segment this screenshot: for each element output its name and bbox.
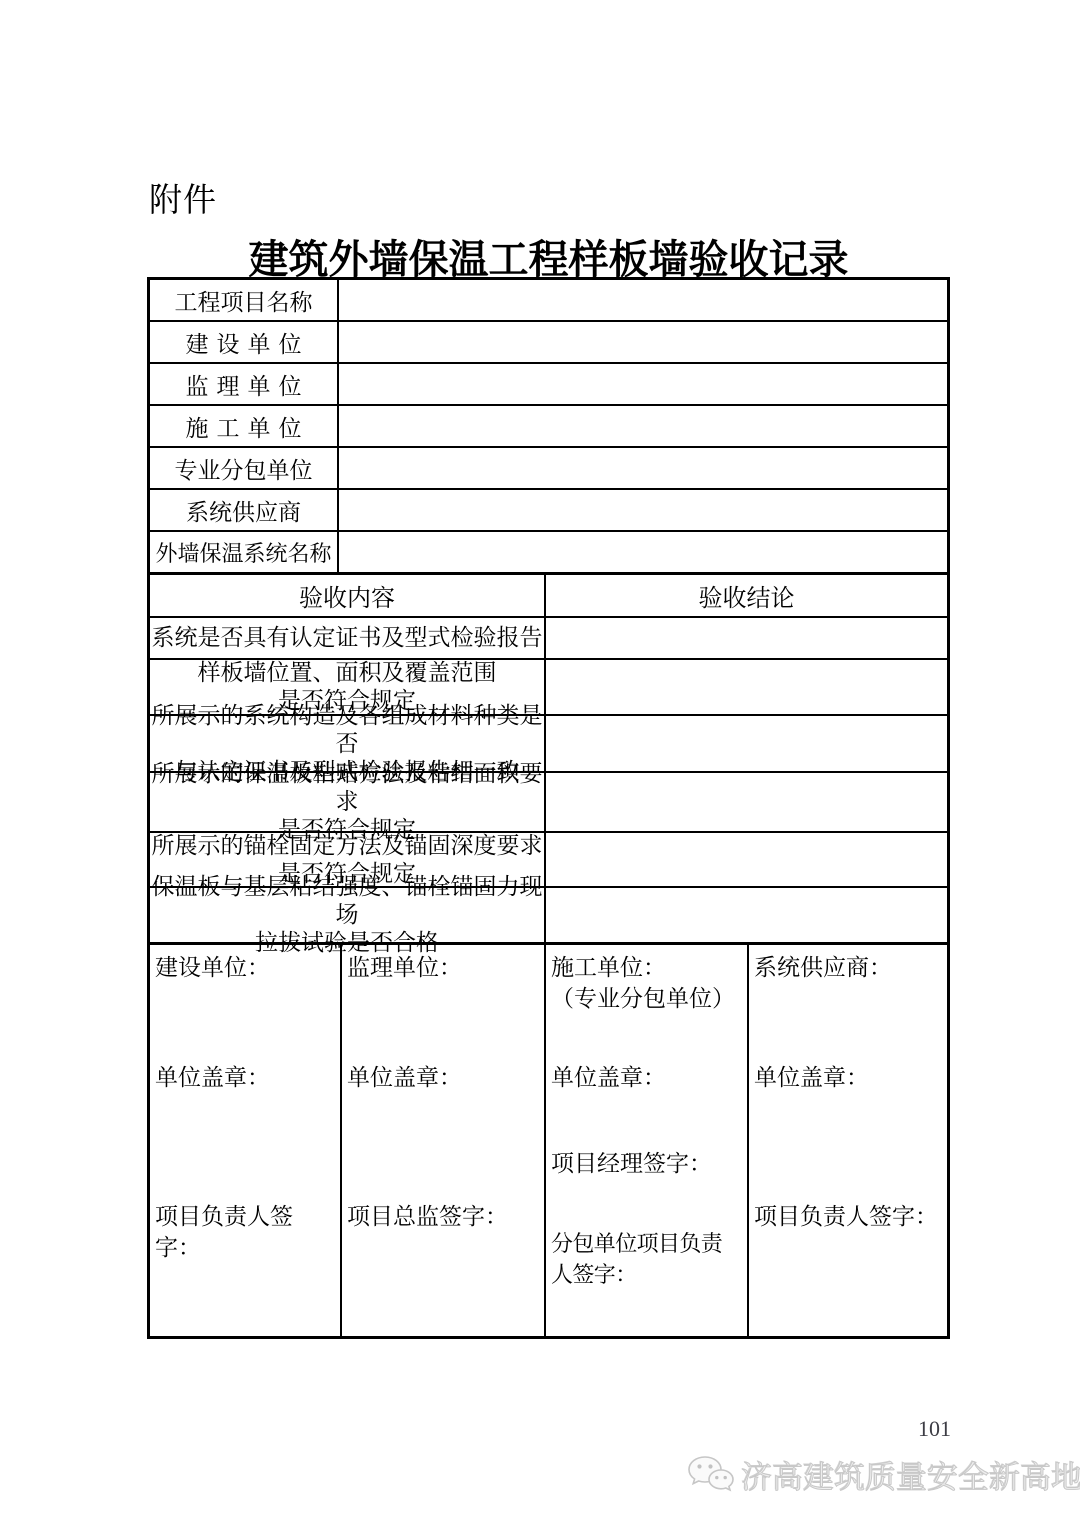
info-row-supervision-unit: 监理单位 (150, 364, 947, 406)
acceptance-item-line: 系统是否具有认定证书及型式检验报告 (152, 624, 543, 652)
sig-seal-label: 单位盖章： (155, 1062, 336, 1093)
info-label: 工程项目名称 (150, 280, 339, 320)
acceptance-item-line: 所展示的保温板粘贴方法及粘结面积要求 (150, 760, 544, 816)
watermark: 济高建筑质量安全新高地 (686, 1452, 1080, 1497)
attachment-label: 附件 (149, 174, 217, 221)
acceptance-item-line: 所展示的锚栓固定方法及锚固深度要求 (152, 832, 543, 860)
acceptance-item-text: 系统是否具有认定证书及型式检验报告 (150, 618, 546, 658)
info-value-cell (339, 490, 947, 530)
info-label-text: 外墙保温系统名称 (155, 537, 331, 568)
acceptance-item-line: 样板墙位置、面积及覆盖范围 (198, 659, 497, 687)
info-label: 外墙保温系统名称 (150, 532, 339, 572)
page-number: 101 (918, 1416, 951, 1442)
acceptance-row: 所展示的保温板粘贴方法及粘结面积要求 是否符合规定 (150, 773, 947, 833)
acceptance-conclusion-cell (546, 773, 947, 831)
info-row-project-name: 工程项目名称 (150, 280, 947, 322)
info-value-cell (339, 364, 947, 404)
info-row-construction-unit: 施工单位 (150, 406, 947, 448)
info-row-system-supplier: 系统供应商 (150, 490, 947, 532)
info-label: 建设单位 (150, 322, 339, 362)
sig-pm-label: 项目经理签字： (551, 1148, 743, 1179)
info-row-insulation-system-name: 外墙保温系统名称 (150, 532, 947, 575)
acceptance-header-row: 验收内容 验收结论 (150, 575, 947, 618)
sig-seal-label: 单位盖章： (551, 1062, 743, 1093)
acceptance-content-header: 验收内容 (150, 575, 546, 616)
sig-sign-label: 项目负责人签字： (754, 1201, 943, 1232)
info-value-cell (339, 322, 947, 362)
info-label: 施工单位 (150, 406, 339, 446)
signature-column-contractor: 施工单位： （专业分包单位） 单位盖章： 项目经理签字： 分包单位项目负责人签字… (546, 945, 749, 1336)
info-label-text: 建设单位 (178, 326, 310, 359)
sig-unit-label: 系统供应商： (754, 952, 943, 983)
sig-sub-label: 分包单位项目负责人签字： (551, 1228, 743, 1290)
acceptance-item-text: 所展示的保温板粘贴方法及粘结面积要求 是否符合规定 (150, 773, 546, 831)
info-label: 系统供应商 (150, 490, 339, 530)
acceptance-row: 系统是否具有认定证书及型式检验报告 (150, 618, 947, 660)
info-row-construction-owner: 建设单位 (150, 322, 947, 364)
acceptance-item-line: 所展示的系统构造及各组成材料种类是否 (150, 702, 544, 758)
wechat-chat-bubbles-icon (686, 1455, 734, 1495)
signature-section: 建设单位： 单位盖章： 项目负责人签字： 监理单位： 单位盖章： 项目总监签字： (150, 945, 947, 1336)
signature-column-owner: 建设单位： 单位盖章： 项目负责人签字： (150, 945, 342, 1336)
acceptance-item-line: 保温板与基层粘结强度、锚栓锚固力现场 (150, 873, 544, 929)
sig-sign-label: 项目负责人签字： (155, 1201, 336, 1263)
info-value-cell (339, 280, 947, 320)
info-label-text: 系统供应商 (186, 494, 301, 527)
acceptance-conclusion-cell (546, 660, 947, 714)
info-label-text: 监理单位 (178, 368, 310, 401)
info-value-cell (339, 532, 947, 572)
acceptance-form-table: 工程项目名称 建设单位 监理单位 施工单位 专业分包单位 系统供应商 外墙保温系… (147, 277, 950, 1339)
acceptance-conclusion-cell (546, 618, 947, 658)
sig-unit-label: 施工单位： (551, 952, 743, 983)
sig-unit-label: 建设单位： (155, 952, 336, 983)
acceptance-row: 保温板与基层粘结强度、锚栓锚固力现场 拉拔试验是否合格 (150, 888, 947, 945)
info-label: 监理单位 (150, 364, 339, 404)
signature-column-supervisor: 监理单位： 单位盖章： 项目总监签字： (342, 945, 546, 1336)
acceptance-conclusion-cell (546, 888, 947, 942)
info-value-cell (339, 406, 947, 446)
info-label-text: 工程项目名称 (175, 284, 313, 317)
watermark-text: 济高建筑质量安全新高地 (741, 1452, 1080, 1497)
info-label: 专业分包单位 (150, 448, 339, 488)
sig-seal-label: 单位盖章： (754, 1062, 943, 1093)
sig-unit-label: 监理单位： (347, 952, 540, 983)
info-value-cell (339, 448, 947, 488)
acceptance-conclusion-cell (546, 833, 947, 886)
acceptance-conclusion-header: 验收结论 (546, 575, 947, 616)
info-row-subcontractor: 专业分包单位 (150, 448, 947, 490)
sig-seal-label: 单位盖章： (347, 1062, 540, 1093)
acceptance-conclusion-cell (546, 716, 947, 771)
sig-unit-sub-label: （专业分包单位） (551, 983, 743, 1014)
info-label-text: 施工单位 (178, 410, 310, 443)
sig-sign-label: 项目总监签字： (347, 1201, 540, 1232)
info-label-text: 专业分包单位 (175, 452, 313, 485)
acceptance-item-text: 保温板与基层粘结强度、锚栓锚固力现场 拉拔试验是否合格 (150, 888, 546, 942)
signature-column-supplier: 系统供应商： 单位盖章： 项目负责人签字： (749, 945, 947, 1336)
